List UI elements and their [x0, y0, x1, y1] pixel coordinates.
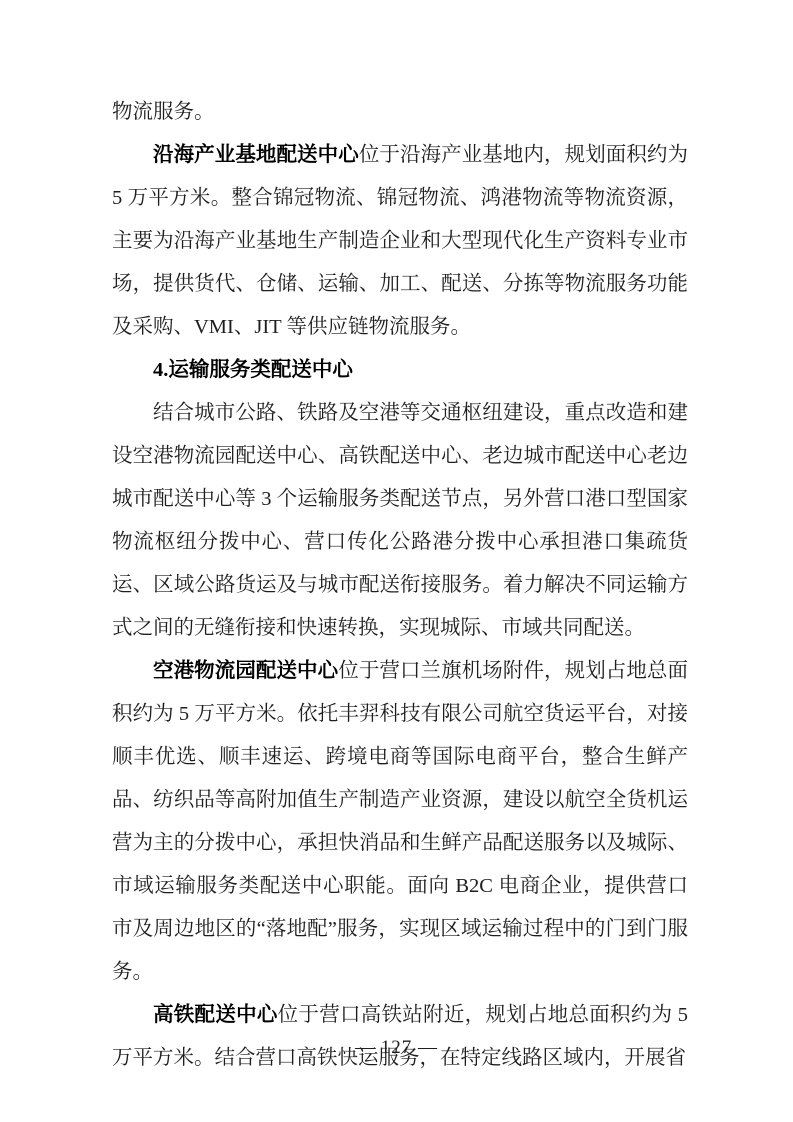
paragraph-lead-bold: 4.运输服务类配送中心 [153, 359, 353, 381]
paragraph: 空港物流园配送中心位于营口兰旗机场附件，规划占地总面积约为 5 万平方米。依托丰… [112, 650, 688, 994]
paragraph-lead-bold: 高铁配送中心 [153, 1004, 278, 1026]
document-page: 物流服务。沿海产业基地配送中心位于沿海产业基地内，规划面积约为 5 万平方米。整… [0, 0, 793, 1122]
document-body: 物流服务。沿海产业基地配送中心位于沿海产业基地内，规划面积约为 5 万平方米。整… [112, 91, 688, 1080]
paragraph: 物流服务。 [112, 91, 688, 134]
paragraph-lead-bold: 沿海产业基地配送中心 [153, 144, 359, 166]
paragraph-lead-bold: 空港物流园配送中心 [153, 660, 338, 682]
paragraph: 沿海产业基地配送中心位于沿海产业基地内，规划面积约为 5 万平方米。整合锦冠物流… [112, 134, 688, 349]
paragraph: 结合城市公路、铁路及空港等交通枢纽建设，重点改造和建设空港物流园配送中心、高铁配… [112, 392, 688, 650]
page-number: — 127 — [0, 1036, 793, 1060]
section-heading: 4.运输服务类配送中心 [112, 349, 688, 392]
